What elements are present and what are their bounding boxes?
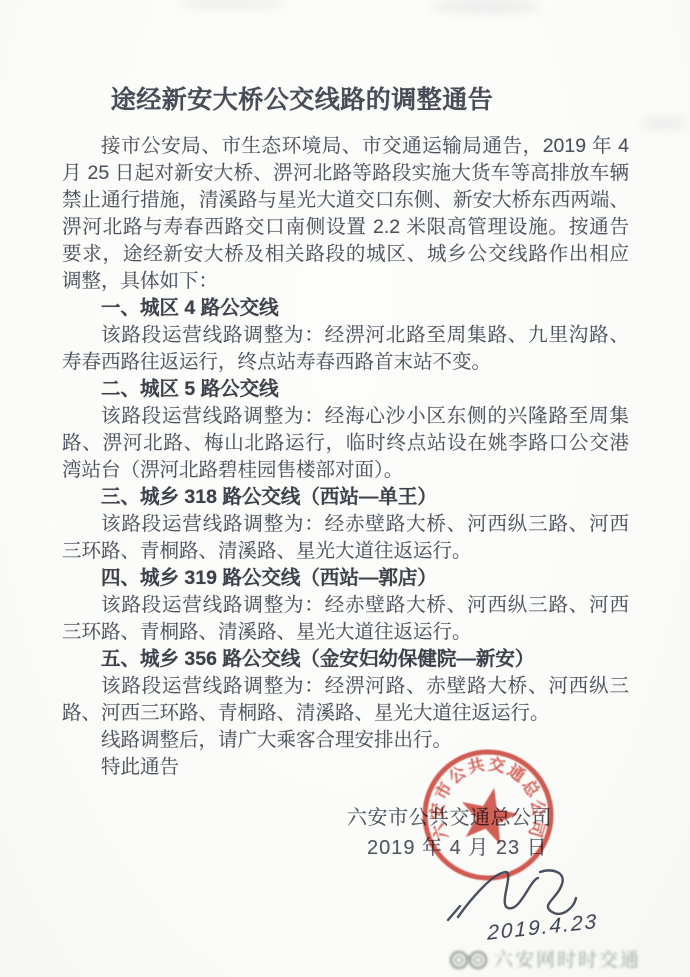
intro-line: 淠河北路与寿春西路交口南侧设置 2.2 米限高管理设施。按通告 xyxy=(62,214,629,241)
section-line: 三环路、青桐路、清溪路、星光大道往返运行。 xyxy=(62,538,629,565)
section-line: 三环路、青桐路、清溪路、星光大道往返运行。 xyxy=(62,619,629,646)
intro-line: 接市公安局、市生态环境局、市交通运输局通告，2019 年 4 xyxy=(62,133,629,160)
scan-smudge xyxy=(640,118,686,128)
watermark-text: 六安网时时交通 xyxy=(494,945,641,972)
star-icon xyxy=(462,788,518,845)
section-line: 该路段运营线路调整为：经淠河北路至周集路、九里沟路、 xyxy=(62,322,629,349)
section-heading-route5: 二、城区 5 路公交线 xyxy=(62,376,629,403)
section-line: 该路段运营线路调整为：经赤壁路大桥、河西纵三路、河西 xyxy=(62,511,629,538)
section-heading-route319: 四、城乡 319 路公交线（西站—郭店） xyxy=(62,565,629,592)
watermark: 六安网时时交通 xyxy=(448,945,641,972)
notice-body: 接市公安局、市生态环境局、市交通运输局通告，2019 年 4 月 25 日起对新… xyxy=(62,133,629,781)
intro-line: 月 25 日起对新安大桥、淠河北路等路段实施大货车等高排放车辆 xyxy=(62,160,629,187)
section-heading-route4: 一、城区 4 路公交线 xyxy=(62,295,629,322)
notice-title: 途经新安大桥公交线路的调整通告 xyxy=(62,80,542,116)
scan-smudge xyxy=(430,0,540,13)
section-line: 路、淠河北路、梅山北路运行，临时终点站设在姚李路口公交港 xyxy=(62,430,629,457)
section-line: 路、河西三环路、青桐路、清溪路、星光大道往返运行。 xyxy=(62,700,629,727)
notice-document: 途经新安大桥公交线路的调整通告 接市公安局、市生态环境局、市交通运输局通告，20… xyxy=(0,0,690,977)
section-line: 该路段运营线路调整为：经海心沙小区东侧的兴隆路至周集 xyxy=(62,403,629,430)
intro-line: 禁止通行措施，清溪路与星光大道交口东侧、新安大桥东西两端、 xyxy=(62,187,629,214)
section-line: 该路段运营线路调整为：经淠河路、赤壁路大桥、河西纵三 xyxy=(62,673,629,700)
section-heading-route356: 五、城乡 356 路公交线（金安妇幼保健院—新安） xyxy=(62,646,629,673)
section-line: 寿春西路往返运行，终点站寿春西路首末站不变。 xyxy=(62,349,629,376)
glasses-icon xyxy=(448,946,490,972)
section-line: 湾站台（淠河北路碧桂园售楼部对面）。 xyxy=(62,457,629,484)
section-heading-route318: 三、城乡 318 路公交线（西站—单王） xyxy=(62,484,629,511)
scan-smudge xyxy=(178,0,286,8)
section-line: 该路段运营线路调整为：经赤壁路大桥、河西纵三路、河西 xyxy=(62,592,629,619)
intro-line: 调整，具体如下： xyxy=(62,268,629,295)
intro-line: 要求，途经新安大桥及相关路段的城区、城乡公交线路作出相应 xyxy=(62,241,629,268)
